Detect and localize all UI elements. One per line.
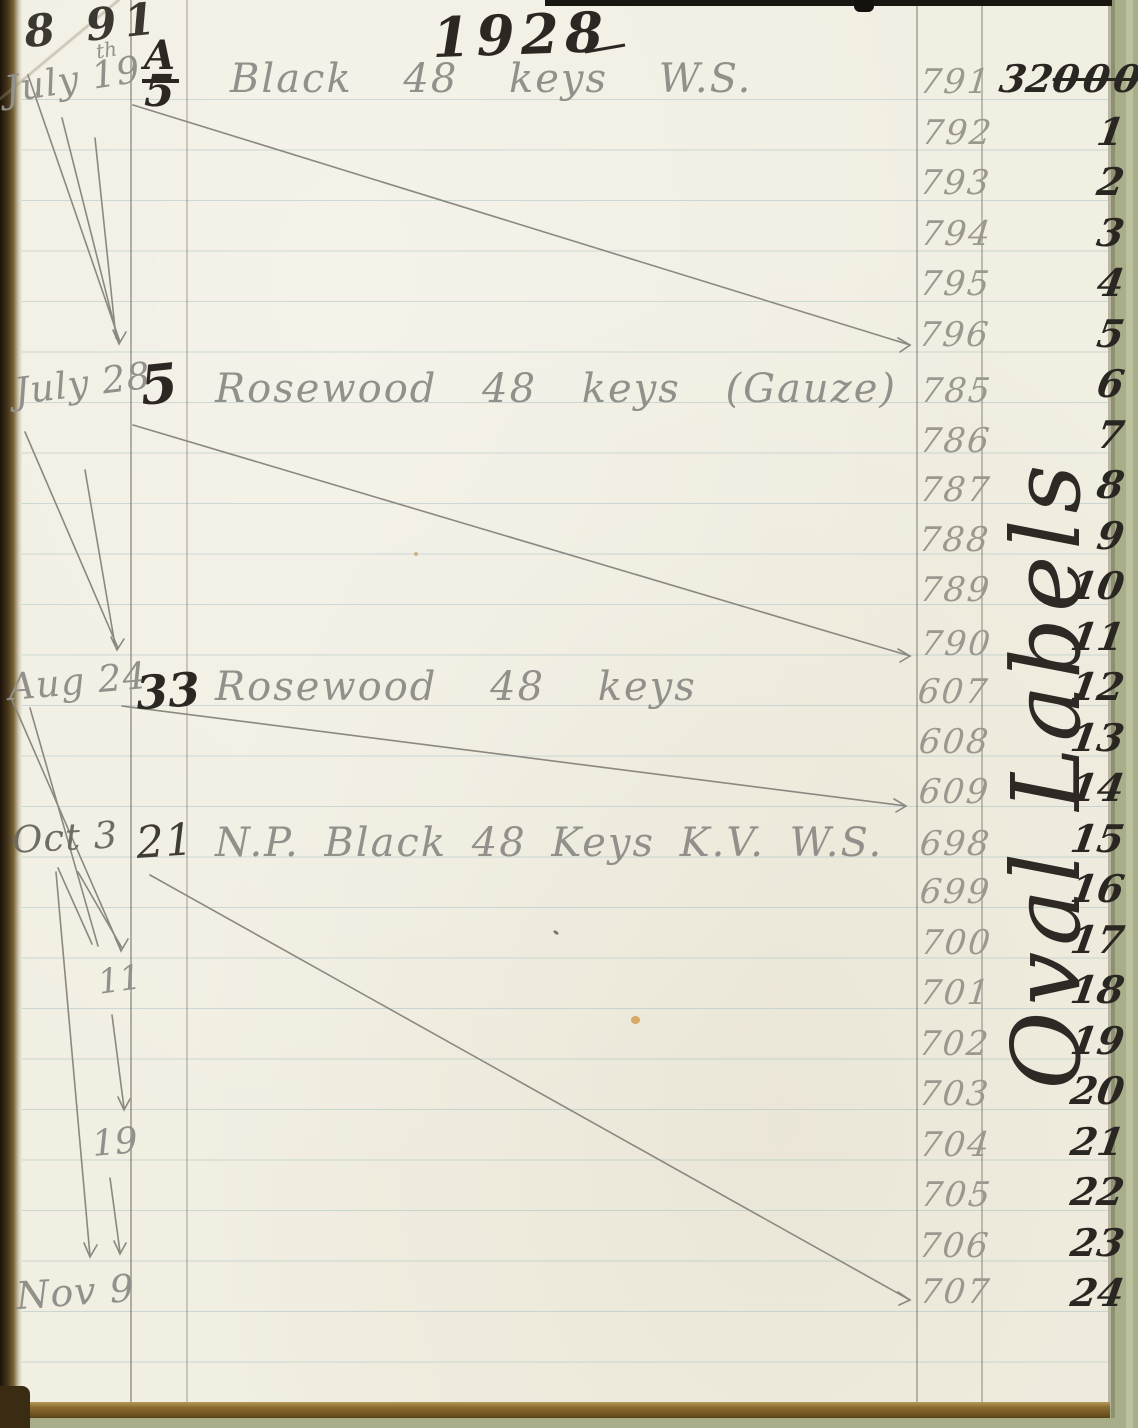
serial-number: 785 — [919, 371, 994, 411]
margin-note-date: Nov 9 — [15, 1266, 137, 1318]
serial-number: 703 — [917, 1074, 992, 1114]
entry-quantity: 5 — [144, 66, 175, 117]
vertical-ink-note: Oval Labels — [992, 280, 1104, 1268]
margin-note: 19 — [90, 1120, 139, 1165]
ledger-photo: { "document": { "year_heading": "1928", … — [0, 0, 1138, 1428]
margin-note: 11 — [95, 957, 143, 1003]
entry-description: Black 48 keys W.S. — [230, 56, 752, 102]
tally-number: 2 — [1034, 159, 1127, 204]
serial-number: 786 — [918, 421, 993, 461]
tally-number: 3 — [1034, 210, 1127, 255]
serial-number: 609 — [917, 772, 992, 812]
tally-first-prefix: 32 — [996, 56, 1056, 101]
serial-number: 607 — [916, 672, 991, 712]
serial-number: 707 — [918, 1272, 993, 1312]
serial-number: 699 — [918, 872, 993, 912]
serial-number: 788 — [917, 520, 992, 560]
serial-number: 706 — [917, 1226, 992, 1266]
serial-number: 792 — [920, 113, 995, 153]
tally-number: 24 — [1034, 1270, 1127, 1315]
entry-description: N.P. Black 48 Keys K.V. W.S. — [215, 820, 883, 866]
serial-number: 705 — [919, 1175, 994, 1215]
serial-number: 608 — [917, 722, 992, 762]
serial-number: 796 — [917, 315, 992, 355]
entry-quantity: 21 — [134, 814, 195, 869]
serial-number: 789 — [918, 570, 993, 610]
serial-number: 790 — [919, 624, 994, 664]
entry-quantity: 5 — [137, 350, 181, 418]
serial-number: 701 — [918, 973, 993, 1013]
serial-number: 791 — [918, 62, 993, 102]
serial-number: 704 — [918, 1125, 993, 1165]
tally-number: 1 — [1034, 109, 1127, 154]
serial-number: 793 — [918, 163, 993, 203]
serial-number: 702 — [917, 1024, 992, 1064]
entry-description: Rosewood 48 keys — [215, 664, 697, 710]
entry-date-ordinal: th — [94, 37, 118, 64]
entry-date: Oct 3 — [11, 813, 119, 862]
serial-number: 794 — [919, 214, 994, 254]
entry-quantity: 33 — [134, 662, 202, 720]
serial-number: 795 — [918, 264, 993, 304]
tally-first-number: 32000 — [996, 56, 1127, 101]
serial-number: 698 — [918, 824, 993, 864]
serial-number: 700 — [919, 923, 994, 963]
tally-first-struck-zeros: 000 — [1049, 56, 1138, 101]
entry-description: Rosewood 48 keys (Gauze) — [215, 366, 897, 412]
serial-number: 787 — [918, 470, 993, 510]
